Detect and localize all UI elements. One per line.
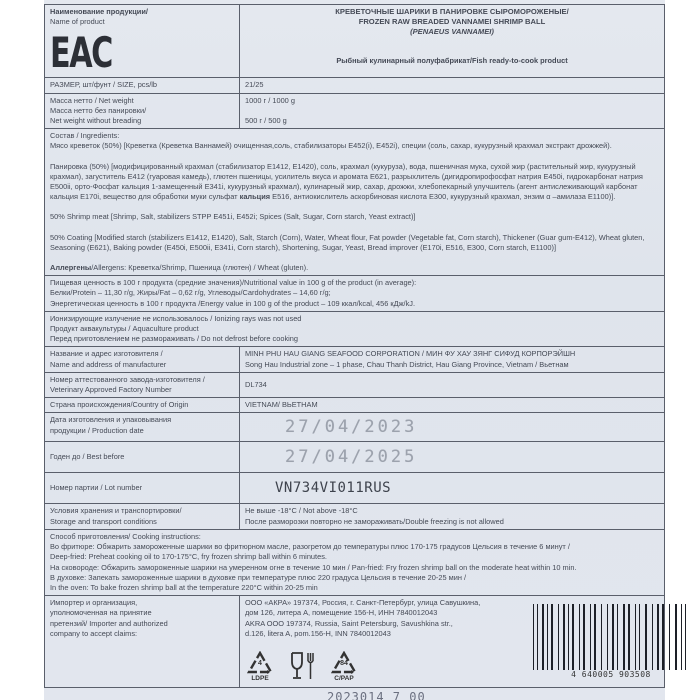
row-notes: Ионизирующие излучение не использовалось… <box>45 311 665 347</box>
storage-refreeze: После разморозки повторно не замораживат… <box>245 517 659 527</box>
note-aquaculture: Продукт аквакультуры / Aquaculture produ… <box>50 324 659 334</box>
production-date-label-ru: Дата изготовления и упаковывания <box>50 415 234 425</box>
row-best-before: Годен до / Best before 27/04/2025 <box>45 442 665 473</box>
manufacturer-address: Song Hau Industrial zone – 1 phase, Chau… <box>245 360 659 370</box>
cooking-oven-en: In the oven: To bake frozen shrimp ball … <box>50 583 659 593</box>
nutrition-macros: Белки/Protein – 11,30 г/g, Жиры/Fat – 0,… <box>50 288 659 298</box>
product-spec-table: Наименование продукции/ Name of product … <box>44 4 665 688</box>
nutrition-energy: Энергетическая ценность в 100 г продукта… <box>50 299 659 309</box>
cooking-deepfry-en: Deep-fried: Preheat cooking oil to 170-1… <box>50 552 659 562</box>
product-species: (PENAEUS VANNAMEI) <box>245 27 659 37</box>
row-storage: Условия хранения и транспортировки/ Stor… <box>45 504 665 529</box>
ingredients-coating-en: 50% Coating [Modified starch (stabilizer… <box>50 233 659 253</box>
name-label-en: Name of product <box>50 17 234 27</box>
ingredients-shrimp-ru: Мясо креветок (50%) [Креветка (Креветка … <box>50 141 659 151</box>
production-date-label-en: продукции / Production date <box>50 426 234 436</box>
row-importer: Импортер и организация, уполномоченная н… <box>45 596 665 688</box>
storage-label-en: Storage and transport conditions <box>50 517 234 527</box>
food-safe-glass-fork-icon <box>287 651 317 685</box>
net-weight-value: 1000 г / 1000 g <box>245 96 659 106</box>
eac-mark-icon: EAC <box>50 31 182 75</box>
lot-label: Номер партии / Lot number <box>45 473 240 504</box>
allergens: Аллергены/Allergens: Креветка/Shrimp, Пш… <box>50 263 659 273</box>
product-title-en: FROZEN RAW BREADED VANNAMEI SHRIMP BALL <box>245 17 659 27</box>
importer-label-2: уполномоченная на принятие <box>50 608 234 618</box>
lot-number: VN734VI011RUS <box>245 483 659 493</box>
row-nutrition: Пищевая ценность в 100 г продукта (средн… <box>45 276 665 312</box>
barcode-bars <box>533 604 689 670</box>
factory-label-en: Veterinary Approved Factory Number <box>50 385 234 395</box>
factory-number: DL734 <box>240 372 665 397</box>
manufacturer-label-ru: Название и адрес изготовителя / <box>50 349 234 359</box>
ingredients-shrimp-en: 50% Shrimp meat [Shrimp, Salt, stabilize… <box>50 212 659 222</box>
ingredients-coating-ru: Панировка (50%) [модифицированный крахма… <box>50 162 659 203</box>
note-defrost: Перед приготовлением не размораживать / … <box>50 334 659 344</box>
importer-label-4: company to accept claims: <box>50 629 234 639</box>
row-size: РАЗМЕР, шт/фунт / SIZE, pcs/lb 21/25 <box>45 78 665 93</box>
storage-label-ru: Условия хранения и транспортировки/ <box>50 506 234 516</box>
importer-label-1: Импортер и организация, <box>50 598 234 608</box>
row-origin: Страна происхождения/Country of Origin V… <box>45 398 665 413</box>
manufacturer-label-en: Name and address of manufacturer <box>50 360 234 370</box>
row-product-name: Наименование продукции/ Name of product … <box>45 5 665 78</box>
cooking-heading: Способ приготовления/ Cooking instructio… <box>50 532 659 542</box>
size-value: 21/25 <box>240 78 665 93</box>
origin-label: Страна происхождения/Country of Origin <box>45 398 240 413</box>
nutrition-heading: Пищевая ценность в 100 г продукта (средн… <box>50 278 659 288</box>
production-date-value: 27/04/2023 <box>245 422 659 432</box>
best-before-label: Годен до / Best before <box>45 442 240 473</box>
note-ionizing: Ионизирующие излучение не использовалось… <box>50 314 659 324</box>
row-weight: Масса нетто / Net weight Масса нетто без… <box>45 93 665 129</box>
cooking-pan: На сковороде: Обжарить замороженные шари… <box>50 563 659 573</box>
cooking-deepfry-ru: Во фритюре: Обжарить замороженные шарики… <box>50 542 659 552</box>
net-weight-no-breading-value: 500 г / 500 g <box>245 116 659 126</box>
name-label-ru: Наименование продукции/ <box>50 7 234 17</box>
row-production-date: Дата изготовления и упаковывания продукц… <box>45 413 665 442</box>
importer-label-3: претензий/ Importer and authorized <box>50 619 234 629</box>
row-factory: Номер аттестованного завода-изготовителя… <box>45 372 665 397</box>
row-ingredients: Состав / Ingredients: Мясо креветок (50%… <box>45 129 665 276</box>
product-title-ru: КРЕВЕТОЧНЫЕ ШАРИКИ В ПАНИРОВКЕ СЫРОМОРОЖ… <box>245 7 659 17</box>
net-weight-no-breading-label-en: Net weight without breading <box>50 116 234 126</box>
net-weight-label: Масса нетто / Net weight <box>50 96 234 106</box>
row-lot: Номер партии / Lot number VN734VI011RUS <box>45 473 665 504</box>
row-manufacturer: Название и адрес изготовителя / Name and… <box>45 347 665 372</box>
manufacturer-name: MINH PHU HAU GIANG SEAFOOD CORPORATION /… <box>245 349 659 359</box>
barcode: 4 640005 903508 <box>566 604 656 682</box>
storage-temperature: Не выше -18°C / Not above -18°C <box>245 506 659 516</box>
factory-label-ru: Номер аттестованного завода-изготовителя… <box>50 375 234 385</box>
size-label: РАЗМЕР, шт/фунт / SIZE, pcs/lb <box>45 78 240 93</box>
barcode-digits: 4 640005 903508 <box>571 670 651 680</box>
origin-value: VIETNAM/ ВЬЕТНАМ <box>240 398 665 413</box>
row-cooking: Способ приготовления/ Cooking instructio… <box>45 529 665 595</box>
ingredients-heading: Состав / Ingredients: <box>50 131 659 141</box>
cooking-oven-ru: В духовке: Запекать замороженные шарики … <box>50 573 659 583</box>
product-category: Рыбный кулинарный полуфабрикат/Fish read… <box>245 56 659 66</box>
recycle-cpap-icon: 84 C/PAP <box>329 651 359 685</box>
best-before-value: 27/04/2025 <box>245 452 659 462</box>
bottom-batch-code: 2023014 7 00 <box>327 690 426 700</box>
net-weight-no-breading-label-ru: Масса нетто без панировки/ <box>50 106 234 116</box>
recycle-ldpe-icon: 4 LDPE <box>245 651 275 685</box>
